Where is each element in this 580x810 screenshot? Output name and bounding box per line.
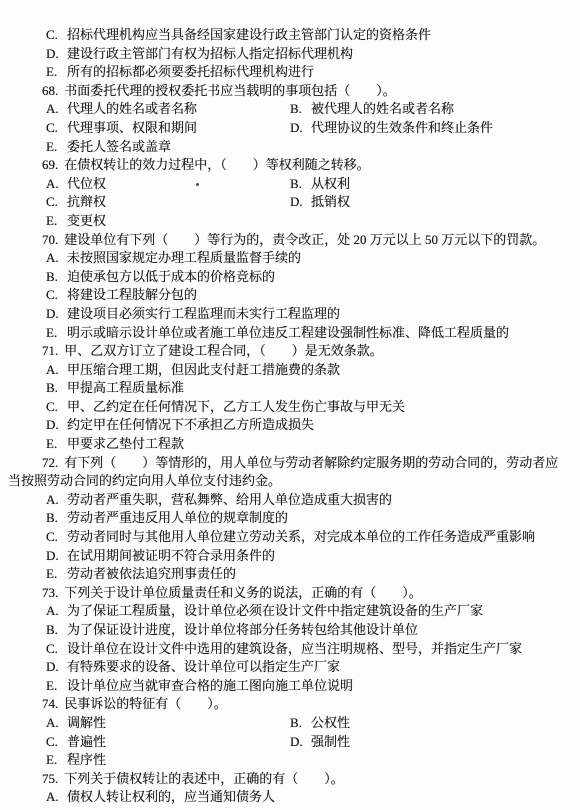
option: C.普遍性	[46, 733, 290, 752]
option: C.甲、乙约定在任何情况下，乙方工人发生伤亡事故与甲无关	[46, 398, 405, 417]
question-number: 71.	[42, 343, 58, 358]
option-text: 甲、乙约定在任何情况下，乙方工人发生伤亡事故与甲无关	[67, 399, 405, 414]
option-row: E.所有的招标都必须要委托招标代理机构进行	[46, 63, 566, 82]
option-row: E.程序性	[46, 751, 566, 770]
option: D.在试用期间被证明不符合录用条件的	[46, 547, 275, 566]
option-row: C.劳动者同时与其他用人单位建立劳动关系，对完成本单位的工作任务造成严重影响	[46, 528, 566, 547]
option-label: C.	[46, 26, 67, 45]
option-label: E.	[46, 63, 67, 82]
option: E.变更权	[46, 212, 106, 231]
option-text: 代理协议的生效条件和终止条件	[311, 120, 493, 135]
option: A.甲压缩合理工期，但因此支付赶工措施费的条款	[46, 361, 340, 380]
option-text: 代理人的姓名或者名称	[67, 101, 197, 116]
question-number: 70.	[42, 232, 58, 247]
option: E.程序性	[46, 751, 106, 770]
option-label: D.	[290, 733, 311, 752]
option-text: 甲要求乙垫付工程款	[67, 436, 184, 451]
option: B.被代理人的姓名或者名称	[290, 100, 454, 119]
option: E.明示或暗示设计单位或者施工单位违反工程建设强制性标准、降低工程质量的	[46, 324, 509, 343]
option: D.建设行政主管部门有权为招标人指定招标代理机构	[46, 45, 353, 64]
option-label: C.	[46, 119, 67, 138]
option-label: D.	[46, 416, 67, 435]
option: D.约定甲在任何情况下不承担乙方所造成损失	[46, 416, 314, 435]
option-row: B.为了保证设计进度，设计单位将部分任务转包给其他设计单位	[46, 621, 566, 640]
option-label: A.	[46, 361, 67, 380]
option-text: 建设行政主管部门有权为招标人指定招标代理机构	[67, 46, 353, 61]
option-label: E.	[46, 324, 67, 343]
option-text: 招标代理机构应当具备经国家建设行政主管部门认定的资格条件	[67, 27, 431, 42]
option-label: B.	[46, 509, 67, 528]
option-text: 委托人签名或盖章	[67, 139, 171, 154]
option-text: 为了保证设计进度，设计单位将部分任务转包给其他设计单位	[67, 622, 418, 637]
option-label: E.	[46, 565, 67, 584]
option: A.调解性	[46, 714, 290, 733]
option: A.为了保证工程质量，设计单位必须在设计文件中指定建筑设备的生产厂家	[46, 602, 483, 621]
option-text: 公权性	[311, 715, 350, 730]
option-text: 普遍性	[67, 734, 106, 749]
question: 69.在债权转让的效力过程中，（ ）等权利随之转移。	[8, 156, 566, 175]
option: C.将建设工程肢解分包的	[46, 286, 197, 305]
option-row: D.约定甲在任何情况下不承担乙方所造成损失	[46, 416, 566, 435]
option-text: 抗辩权	[67, 194, 106, 209]
option-label: A.	[46, 602, 67, 621]
option: E.所有的招标都必须要委托招标代理机构进行	[46, 63, 314, 82]
option: A.代理人的姓名或者名称	[46, 100, 290, 119]
option-row: C.甲、乙约定在任何情况下，乙方工人发生伤亡事故与甲无关	[46, 398, 566, 417]
option-text: 劳动者严重违反用人单位的规章制度的	[67, 510, 288, 525]
option-label: C.	[46, 193, 67, 212]
option-text: 明示或暗示设计单位或者施工单位违反工程建设强制性标准、降低工程质量的	[67, 325, 509, 340]
option-text: 所有的招标都必须要委托招标代理机构进行	[67, 64, 314, 79]
option: B.甲提高工程质量标准	[46, 379, 184, 398]
option: D.建设项目必须实行工程监理而未实行工程监理的	[46, 305, 340, 324]
option-label: C.	[46, 398, 67, 417]
option-text: 设计单位应当就审查合格的施工图向施工单位说明	[67, 678, 353, 693]
option-row: D.建设行政主管部门有权为招标人指定招标代理机构	[46, 45, 566, 64]
option: C.代理事项、权限和期间	[46, 119, 290, 138]
option: A.代位权	[46, 175, 290, 194]
option-row: A.代位权B.从权利	[46, 175, 566, 194]
question: 68.书面委托代理的授权委托书应当载明的事项包括（ ）。	[8, 82, 566, 101]
option-label: D.	[46, 45, 67, 64]
option-label: C.	[46, 528, 67, 547]
option-label: A.	[46, 249, 67, 268]
option-row: E.明示或暗示设计单位或者施工单位违反工程建设强制性标准、降低工程质量的	[46, 324, 566, 343]
question: 75.下列关于债权转让的表述中，正确的有（ ）。	[8, 770, 566, 789]
option-row: C.招标代理机构应当具备经国家建设行政主管部门认定的资格条件	[46, 26, 566, 45]
question-number: 68.	[42, 83, 58, 98]
option-text: 变更权	[67, 213, 106, 228]
option-text: 调解性	[67, 715, 106, 730]
option-row: A.调解性B.公权性	[46, 714, 566, 733]
question: 70.建设单位有下列（ ）等行为的，责令改正，处 20 万元以上 50 万元以下…	[8, 231, 566, 250]
option-label: E.	[46, 751, 67, 770]
option-text: 未按照国家规定办理工程质量监督手续的	[67, 250, 301, 265]
option-label: B.	[290, 714, 311, 733]
option-row: C.抗辩权D.抵销权	[46, 193, 566, 212]
question-number: 69.	[42, 157, 58, 172]
question: 72.有下列（ ）等情形的，用人单位与劳动者解除约定服务期的劳动合同的，劳动者应…	[8, 454, 566, 491]
option: D.强制性	[290, 733, 350, 752]
option: D.代理协议的生效条件和终止条件	[290, 119, 493, 138]
option-row: B.甲提高工程质量标准	[46, 379, 566, 398]
option-text: 在试用期间被证明不符合录用条件的	[67, 548, 275, 563]
option-text: 甲压缩合理工期，但因此支付赶工措施费的条款	[67, 362, 340, 377]
question-number: 75.	[42, 771, 58, 786]
question-text: 建设单位有下列（ ）等行为的，责令改正，处 20 万元以上 50 万元以下的罚款…	[64, 232, 545, 247]
option-row: D.建设项目必须实行工程监理而未实行工程监理的	[46, 305, 566, 324]
option-text: 强制性	[311, 734, 350, 749]
option-label: B.	[290, 100, 311, 119]
question: 73.下列关于设计单位质量责任和义务的说法，正确的有（ ）。	[8, 584, 566, 603]
option: E.劳动者被依法追究刑事责任的	[46, 565, 236, 584]
option-row: D.有特殊要求的设备、设计单位可以指定生产厂家	[46, 658, 566, 677]
option-text: 迫使承包方以低于成本的价格竞标的	[67, 269, 275, 284]
option-row: C.设计单位在设计文件中选用的建筑设备，应当注明规格、型号，并指定生产厂家	[46, 640, 566, 659]
option-label: C.	[46, 640, 67, 659]
option-label: A.	[46, 175, 67, 194]
option-label: D.	[290, 119, 311, 138]
option-row: E.设计单位应当就审查合格的施工图向施工单位说明	[46, 677, 566, 696]
question-text: 下列关于设计单位质量责任和义务的说法，正确的有（ ）。	[64, 585, 422, 600]
option: B.从权利	[290, 175, 350, 194]
option-row: D.在试用期间被证明不符合录用条件的	[46, 547, 566, 566]
question-text: 民事诉讼的特征有（ ）。	[64, 696, 227, 711]
option-label: D.	[46, 305, 67, 324]
option-text: 被代理人的姓名或者名称	[311, 101, 454, 116]
option: D.有特殊要求的设备、设计单位可以指定生产厂家	[46, 658, 340, 677]
question: 74.民事诉讼的特征有（ ）。	[8, 695, 566, 714]
option-label: A.	[46, 788, 67, 807]
option-row: C.代理事项、权限和期间D.代理协议的生效条件和终止条件	[46, 119, 566, 138]
exam-page: C.招标代理机构应当具备经国家建设行政主管部门认定的资格条件D.建设行政主管部门…	[0, 0, 580, 810]
option-label: B.	[46, 268, 67, 287]
question-list: C.招标代理机构应当具备经国家建设行政主管部门认定的资格条件D.建设行政主管部门…	[8, 26, 566, 807]
option-row: B.迫使承包方以低于成本的价格竞标的	[46, 268, 566, 287]
option-text: 抵销权	[311, 194, 350, 209]
question-text: 甲、乙双方订立了建设工程合同，（ ）是无效条款。	[64, 343, 383, 358]
question-number: 72.	[42, 455, 58, 470]
option-row: C.普遍性D.强制性	[46, 733, 566, 752]
option: C.劳动者同时与其他用人单位建立劳动关系，对完成本单位的工作任务造成严重影响	[46, 528, 535, 547]
option-row: E.劳动者被依法追究刑事责任的	[46, 565, 566, 584]
option: E.委托人签名或盖章	[46, 138, 171, 157]
option-row: A.甲压缩合理工期，但因此支付赶工措施费的条款	[46, 361, 566, 380]
option-row: E.甲要求乙垫付工程款	[46, 435, 566, 454]
option-row: C.将建设工程肢解分包的	[46, 286, 566, 305]
option-label: B.	[46, 621, 67, 640]
option-label: D.	[290, 193, 311, 212]
option-text: 债权人转让权利的，应当通知债务人	[67, 789, 275, 804]
option-text: 甲提高工程质量标准	[67, 380, 184, 395]
option: C.招标代理机构应当具备经国家建设行政主管部门认定的资格条件	[46, 26, 431, 45]
option-text: 为了保证工程质量，设计单位必须在设计文件中指定建筑设备的生产厂家	[67, 603, 483, 618]
option: C.抗辩权	[46, 193, 290, 212]
option-text: 设计单位在设计文件中选用的建筑设备，应当注明规格、型号，并指定生产厂家	[67, 641, 522, 656]
option-text: 代理事项、权限和期间	[67, 120, 197, 135]
option-label: A.	[46, 714, 67, 733]
option-text: 从权利	[311, 176, 350, 191]
option-text: 代位权	[67, 176, 106, 191]
option: B.为了保证设计进度，设计单位将部分任务转包给其他设计单位	[46, 621, 418, 640]
option: C.设计单位在设计文件中选用的建筑设备，应当注明规格、型号，并指定生产厂家	[46, 640, 522, 659]
option: E.甲要求乙垫付工程款	[46, 435, 184, 454]
option: A.债权人转让权利的，应当通知债务人	[46, 788, 275, 807]
option-row: A.未按照国家规定办理工程质量监督手续的	[46, 249, 566, 268]
option: D.抵销权	[290, 193, 350, 212]
option-label: C.	[46, 733, 67, 752]
option-row: E.委托人签名或盖章	[46, 138, 566, 157]
option-text: 劳动者严重失职，营私舞弊、给用人单位造成重大损害的	[67, 492, 392, 507]
option-text: 有特殊要求的设备、设计单位可以指定生产厂家	[67, 659, 340, 674]
option-text: 劳动者同时与其他用人单位建立劳动关系，对完成本单位的工作任务造成严重影响	[67, 529, 535, 544]
option-label: A.	[46, 100, 67, 119]
option-label: B.	[290, 175, 311, 194]
option-text: 劳动者被依法追究刑事责任的	[67, 566, 236, 581]
option-label: E.	[46, 677, 67, 696]
question-text: 书面委托代理的授权委托书应当载明的事项包括（ ）。	[64, 83, 396, 98]
question-number: 73.	[42, 585, 58, 600]
option: B.迫使承包方以低于成本的价格竞标的	[46, 268, 275, 287]
option-row: B.劳动者严重违反用人单位的规章制度的	[46, 509, 566, 528]
option: B.公权性	[290, 714, 350, 733]
question-text: 在债权转让的效力过程中，（ ）等权利随之转移。	[64, 157, 370, 172]
option-text: 程序性	[67, 752, 106, 767]
question: 71.甲、乙双方订立了建设工程合同，（ ）是无效条款。	[8, 342, 566, 361]
option-text: 建设项目必须实行工程监理而未实行工程监理的	[67, 306, 340, 321]
option-row: E.变更权	[46, 212, 566, 231]
option: A.劳动者严重失职，营私舞弊、给用人单位造成重大损害的	[46, 491, 392, 510]
option-text: 将建设工程肢解分包的	[67, 287, 197, 302]
option-label: D.	[46, 658, 67, 677]
option-label: E.	[46, 212, 67, 231]
option-row: A.债权人转让权利的，应当通知债务人	[46, 788, 566, 807]
scan-artifact-dot	[196, 183, 199, 186]
option-row: A.劳动者严重失职，营私舞弊、给用人单位造成重大损害的	[46, 491, 566, 510]
option-label: B.	[46, 379, 67, 398]
option-label: D.	[46, 547, 67, 566]
question-number: 74.	[42, 696, 58, 711]
option-label: A.	[46, 491, 67, 510]
option-text: 约定甲在任何情况下不承担乙方所造成损失	[67, 417, 314, 432]
option-label: E.	[46, 138, 67, 157]
option: B.劳动者严重违反用人单位的规章制度的	[46, 509, 288, 528]
option: A.未按照国家规定办理工程质量监督手续的	[46, 249, 301, 268]
option: E.设计单位应当就审查合格的施工图向施工单位说明	[46, 677, 353, 696]
option-row: A.代理人的姓名或者名称B.被代理人的姓名或者名称	[46, 100, 566, 119]
option-row: A.为了保证工程质量，设计单位必须在设计文件中指定建筑设备的生产厂家	[46, 602, 566, 621]
question-text: 下列关于债权转让的表述中，正确的有（ ）。	[64, 771, 344, 786]
option-label: C.	[46, 286, 67, 305]
option-label: E.	[46, 435, 67, 454]
question-text: 有下列（ ）等情形的，用人单位与劳动者解除约定服务期的劳动合同的，劳动者应当按照…	[8, 455, 558, 489]
